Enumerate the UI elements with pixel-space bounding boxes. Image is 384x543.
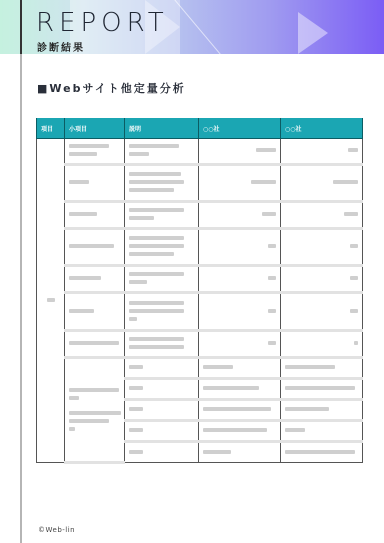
category-cell [37, 139, 65, 463]
table-row [37, 202, 363, 229]
table-header-row: 項目 小項目 説明 ○○社 ○○社 [37, 118, 363, 139]
company-a-cell [199, 202, 281, 229]
subitem-cell [65, 293, 125, 331]
subitem-cell [65, 229, 125, 266]
company-a-cell [199, 165, 281, 202]
company-b-cell [281, 331, 363, 358]
subitem-cell [65, 165, 125, 202]
description-cell [125, 442, 199, 463]
description-cell [125, 331, 199, 358]
company-b-cell [281, 293, 363, 331]
subitem-group-cell [65, 358, 125, 463]
left-margin-line-accent [20, 0, 22, 54]
column-header-company-a: ○○社 [199, 118, 281, 139]
description-cell [125, 400, 199, 421]
company-b-cell [281, 266, 363, 293]
company-b-cell [281, 139, 363, 165]
company-a-cell [199, 421, 281, 442]
description-cell [125, 421, 199, 442]
subitem-cell [65, 139, 125, 165]
column-header-description: 説明 [125, 118, 199, 139]
company-a-cell [199, 442, 281, 463]
company-a-cell [199, 331, 281, 358]
subitem-cell [65, 202, 125, 229]
column-header-company-b: ○○社 [281, 118, 363, 139]
company-a-cell [199, 358, 281, 379]
company-b-cell [281, 229, 363, 266]
company-a-cell [199, 400, 281, 421]
column-header-item: 項目 [37, 118, 65, 139]
description-cell [125, 358, 199, 379]
table-row [37, 229, 363, 266]
arrow-right-icon [298, 12, 328, 54]
description-cell [125, 379, 199, 400]
column-header-subitem: 小項目 [65, 118, 125, 139]
description-cell [125, 202, 199, 229]
company-a-cell [199, 293, 281, 331]
table-row [37, 266, 363, 293]
page-subtitle: 診断結果 [37, 39, 85, 54]
section-title: ■Webサイト他定量分析 [37, 80, 186, 96]
company-b-cell [281, 202, 363, 229]
description-cell [125, 139, 199, 165]
description-cell [125, 293, 199, 331]
company-b-cell [281, 400, 363, 421]
company-b-cell [281, 442, 363, 463]
subitem-cell [65, 266, 125, 293]
description-cell [125, 165, 199, 202]
copyright-footer: ©Web-lin [38, 526, 75, 534]
company-a-cell [199, 139, 281, 165]
description-cell [125, 229, 199, 266]
company-a-cell [199, 229, 281, 266]
table-row [37, 293, 363, 331]
company-a-cell [199, 266, 281, 293]
table-row [37, 331, 363, 358]
table-row [37, 358, 363, 379]
company-b-cell [281, 379, 363, 400]
subitem-cell [65, 331, 125, 358]
company-b-cell [281, 358, 363, 379]
analysis-table: 項目 小項目 説明 ○○社 ○○社 [36, 118, 363, 464]
category-label [47, 298, 55, 302]
description-cell [125, 266, 199, 293]
company-b-cell [281, 421, 363, 442]
page-title: REPORT [36, 8, 169, 38]
left-margin-line [20, 0, 22, 543]
company-b-cell [281, 165, 363, 202]
table-row [37, 165, 363, 202]
company-a-cell [199, 379, 281, 400]
table-row [37, 139, 363, 165]
